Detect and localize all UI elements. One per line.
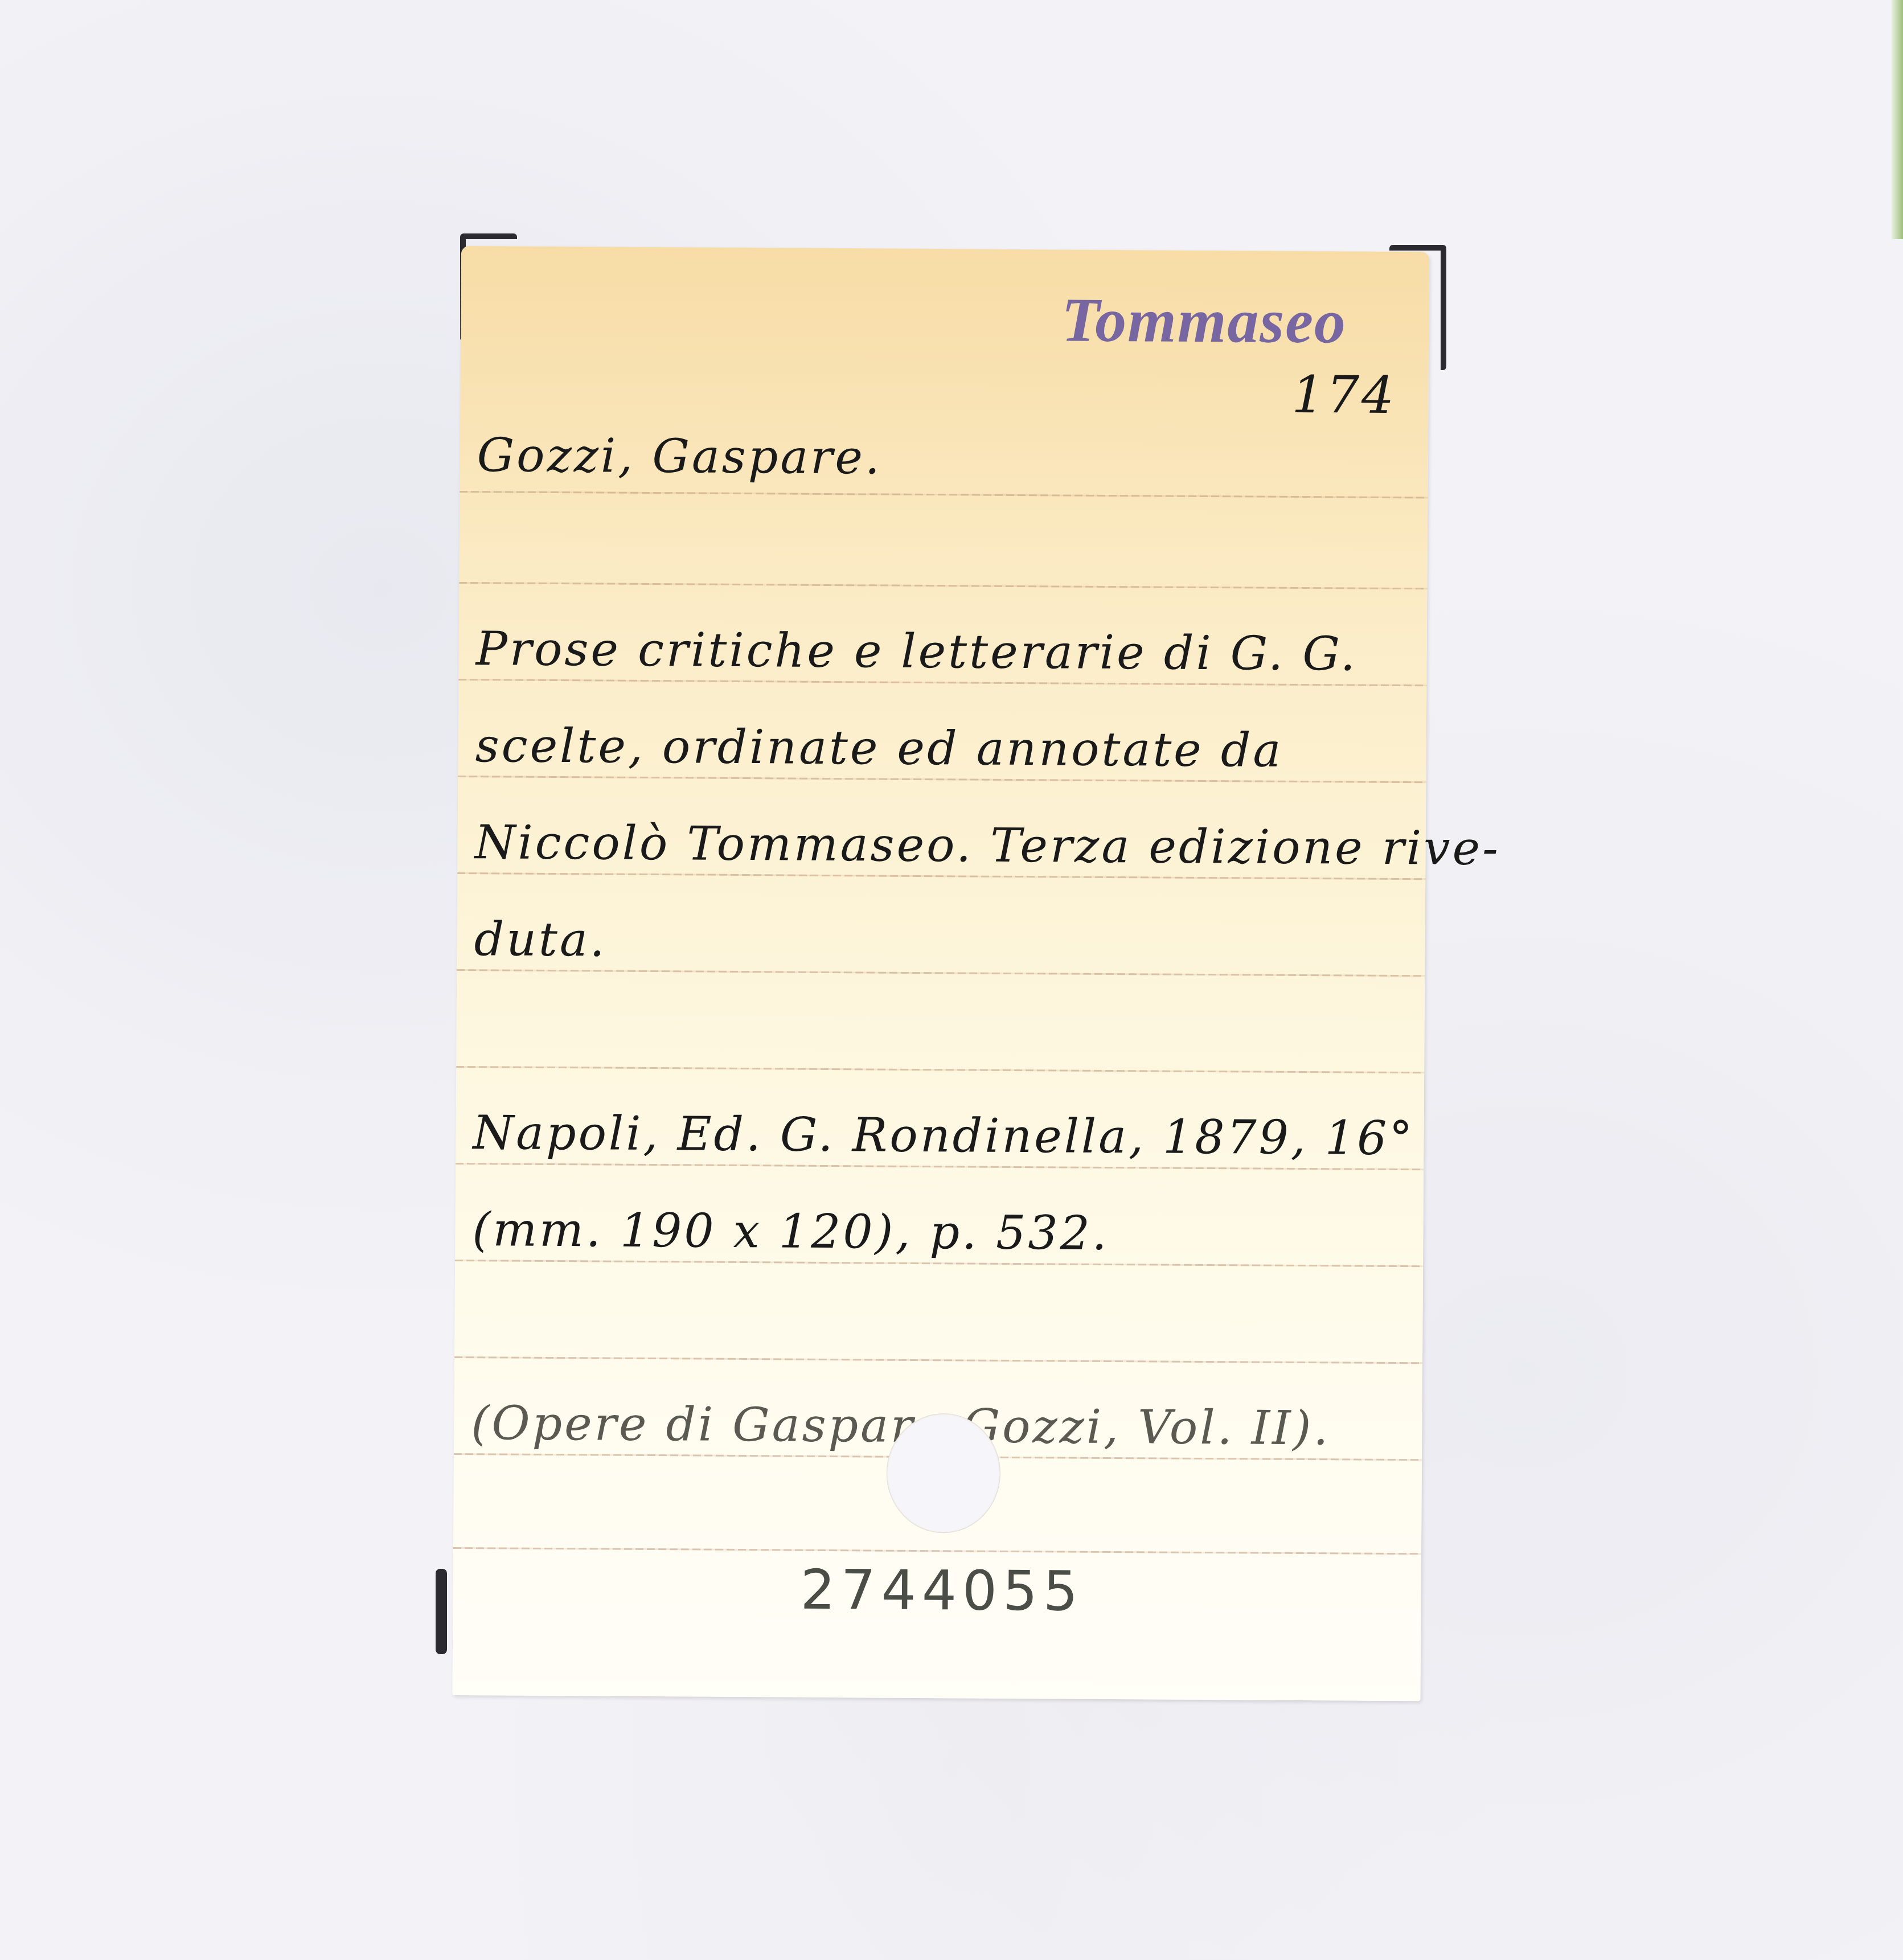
card-punch-hole xyxy=(886,1413,1000,1533)
scan-edge-strip xyxy=(1892,0,1903,239)
title-line-3: Niccolò Tommaseo. Terza edizione rive- xyxy=(474,815,1500,876)
title-line-4: duta. xyxy=(474,912,607,967)
title-line-1: Prose critiche e letterarie di G. G. xyxy=(475,622,1357,681)
shelf-number: 174 xyxy=(1291,365,1396,425)
ruled-line xyxy=(454,1356,1422,1364)
inventory-number: 2744055 xyxy=(800,1558,1084,1623)
ruled-line xyxy=(453,1547,1421,1555)
imprint-line-1: Napoli, Ed. G. Rondinella, 1879, 16° xyxy=(473,1106,1414,1166)
ruled-line xyxy=(455,1260,1423,1267)
imprint-line-2: (mm. 190 x 120), p. 532. xyxy=(472,1203,1109,1261)
catalog-card: Tommaseo 174 Gozzi, Gaspare. Prose criti… xyxy=(452,246,1429,1701)
ruled-line xyxy=(460,491,1428,498)
ruled-line xyxy=(459,582,1427,589)
title-line-2: scelte, ordinate ed annotate da xyxy=(475,719,1283,778)
corner-clip-bottom-left xyxy=(436,1569,447,1654)
collection-stamp: Tommaseo xyxy=(1061,284,1347,358)
ruled-line xyxy=(456,1066,1424,1073)
ruled-line xyxy=(457,969,1425,977)
author-heading: Gozzi, Gaspare. xyxy=(477,428,882,485)
